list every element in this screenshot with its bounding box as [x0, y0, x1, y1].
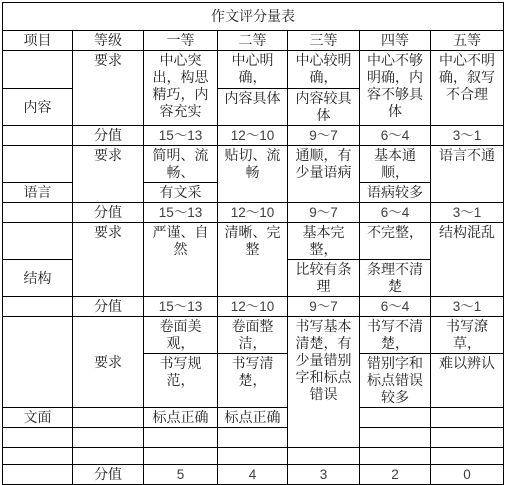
- presentation-empty-row2-col7: [431, 448, 504, 465]
- header-grade-3: 三等: [288, 31, 360, 51]
- presentation-req-grade4-row1: 书写不清楚，: [360, 317, 431, 354]
- presentation-score-label: 分值: [73, 465, 144, 485]
- presentation-score-grade2: 4: [218, 465, 288, 485]
- content-req-label: 要求: [73, 51, 144, 126]
- section-label-presentation: 文面: [3, 408, 73, 428]
- content-req-grade5: 中心不明确，叙写不合理: [431, 51, 504, 126]
- structure-score-grade4: 6～4: [360, 297, 431, 317]
- content-score-spacer: [3, 126, 73, 146]
- presentation-empty-row1-col1: [3, 428, 73, 448]
- language-score-grade1: 15～13: [144, 203, 218, 223]
- presentation-empty-row2-col3: [144, 448, 218, 465]
- presentation-empty-row2-col4: [218, 448, 288, 465]
- presentation-req-grade1-row3: 标点正确: [144, 408, 218, 428]
- language-score-grade4: 6～4: [360, 203, 431, 223]
- content-score-grade3: 9～7: [288, 126, 360, 146]
- header-item: 项目: [3, 31, 73, 51]
- presentation-score-grade3: 3: [288, 465, 360, 485]
- presentation-item-spacer: [3, 317, 73, 408]
- presentation-grade4-empty-1: [360, 408, 431, 428]
- language-req-grade1-top: 简明、流畅、: [144, 146, 218, 183]
- presentation-score-spacer: [3, 465, 73, 485]
- presentation-empty-row2-col6: [360, 448, 431, 465]
- header-grade: 等级: [73, 31, 144, 51]
- header-grade-5: 五等: [431, 31, 504, 51]
- presentation-empty-row1-col4: [218, 428, 288, 448]
- language-score-grade5: 3～1: [431, 203, 504, 223]
- header-grade-1: 一等: [144, 31, 218, 51]
- content-req-grade1: 中心突出，构思精巧，内容充实: [144, 51, 218, 126]
- structure-req-grade1: 严谨、自然: [144, 223, 218, 297]
- presentation-grade5-empty-1: [431, 408, 504, 428]
- language-req-grade3: 通顺，有少量语病: [288, 146, 360, 203]
- language-score-label: 分值: [73, 203, 144, 223]
- content-score-grade5: 3～1: [431, 126, 504, 146]
- content-item-spacer: [3, 51, 73, 89]
- presentation-score-grade1: 5: [144, 465, 218, 485]
- language-item-spacer: [3, 146, 73, 183]
- structure-req-label: 要求: [73, 223, 144, 297]
- header-grade-4: 四等: [360, 31, 431, 51]
- language-req-grade4-bottom: 语病较多: [360, 183, 431, 203]
- presentation-score-grade4: 2: [360, 465, 431, 485]
- presentation-score-grade5: 0: [431, 465, 504, 485]
- presentation-req-grade5-row1: 书写潦草，: [431, 317, 504, 354]
- section-label-structure: 结构: [3, 260, 73, 297]
- section-label-content: 内容: [3, 89, 73, 126]
- language-score-spacer: [3, 203, 73, 223]
- presentation-req-grade4-row2: 错别字和标点错误较多: [360, 354, 431, 408]
- content-req-grade3-bottom: 内容较具体: [288, 89, 360, 126]
- language-req-grade2: 贴切、流畅: [218, 146, 288, 203]
- content-score-grade2: 12～10: [218, 126, 288, 146]
- presentation-empty-row1-col7: [431, 428, 504, 448]
- content-score-grade4: 6～4: [360, 126, 431, 146]
- structure-item-spacer: [3, 223, 73, 260]
- structure-req-grade4-top: 不完整，: [360, 223, 431, 260]
- content-req-grade2-bottom: 内容具体: [218, 89, 288, 126]
- structure-req-grade4-bottom: 条理不清楚: [360, 260, 431, 297]
- content-score-grade1: 15～13: [144, 126, 218, 146]
- content-req-grade3-top: 中心较明确，: [288, 51, 360, 89]
- structure-score-grade1: 15～13: [144, 297, 218, 317]
- presentation-empty-row2-col2: [73, 448, 144, 465]
- section-label-language: 语言: [3, 183, 73, 203]
- language-score-grade3: 9～7: [288, 203, 360, 223]
- header-grade-2: 二等: [218, 31, 288, 51]
- language-req-grade1-bottom: 有文采: [144, 183, 218, 203]
- presentation-empty-row1-col6: [360, 428, 431, 448]
- structure-req-grade3-bottom: 比较有条理: [288, 260, 360, 297]
- structure-score-grade5: 3～1: [431, 297, 504, 317]
- structure-score-grade3: 9～7: [288, 297, 360, 317]
- structure-req-grade3-top: 基本完整，: [288, 223, 360, 260]
- presentation-req-grade5-row2: 难以辨认: [431, 354, 504, 408]
- table-title: 作文评分量表: [3, 3, 504, 31]
- presentation-empty-row2-col5: [288, 448, 360, 465]
- presentation-req-grade2-row1: 卷面整洁，: [218, 317, 288, 354]
- presentation-req-grade1-row2: 书写规范，: [144, 354, 218, 408]
- presentation-grade-spacer: [73, 408, 144, 428]
- language-score-grade2: 12～10: [218, 203, 288, 223]
- structure-score-grade2: 12～10: [218, 297, 288, 317]
- presentation-empty-row1-col3: [144, 428, 218, 448]
- presentation-req-label: 要求: [73, 317, 144, 408]
- document-page: 作文评分量表 项目 等级 一等 二等 三等 四等 五等 要求 中心突出，构思精巧…: [0, 0, 505, 467]
- content-req-grade2-top: 中心明确，: [218, 51, 288, 89]
- language-req-label: 要求: [73, 146, 144, 203]
- language-req-grade5: 语言不通: [431, 146, 504, 203]
- structure-req-grade5: 结构混乱: [431, 223, 504, 297]
- structure-score-spacer: [3, 297, 73, 317]
- presentation-empty-row2-col1: [3, 448, 73, 465]
- content-req-grade4: 中心不够明确，内容不够具体: [360, 51, 431, 126]
- presentation-req-grade2-row2: 书写清楚，: [218, 354, 288, 408]
- presentation-req-grade3: 书写基本清楚，有少量错别字和标点错误: [288, 317, 360, 448]
- content-score-label: 分值: [73, 126, 144, 146]
- presentation-empty-row1-col2: [73, 428, 144, 448]
- presentation-req-grade1-row1: 卷面美观，: [144, 317, 218, 354]
- presentation-req-grade2-row3: 标点正确: [218, 408, 288, 428]
- essay-scoring-table: 作文评分量表 项目 等级 一等 二等 三等 四等 五等 要求 中心突出，构思精巧…: [2, 2, 504, 485]
- structure-score-label: 分值: [73, 297, 144, 317]
- language-req-grade4-top: 基本通顺，: [360, 146, 431, 183]
- structure-req-grade2: 清晰、完整: [218, 223, 288, 297]
